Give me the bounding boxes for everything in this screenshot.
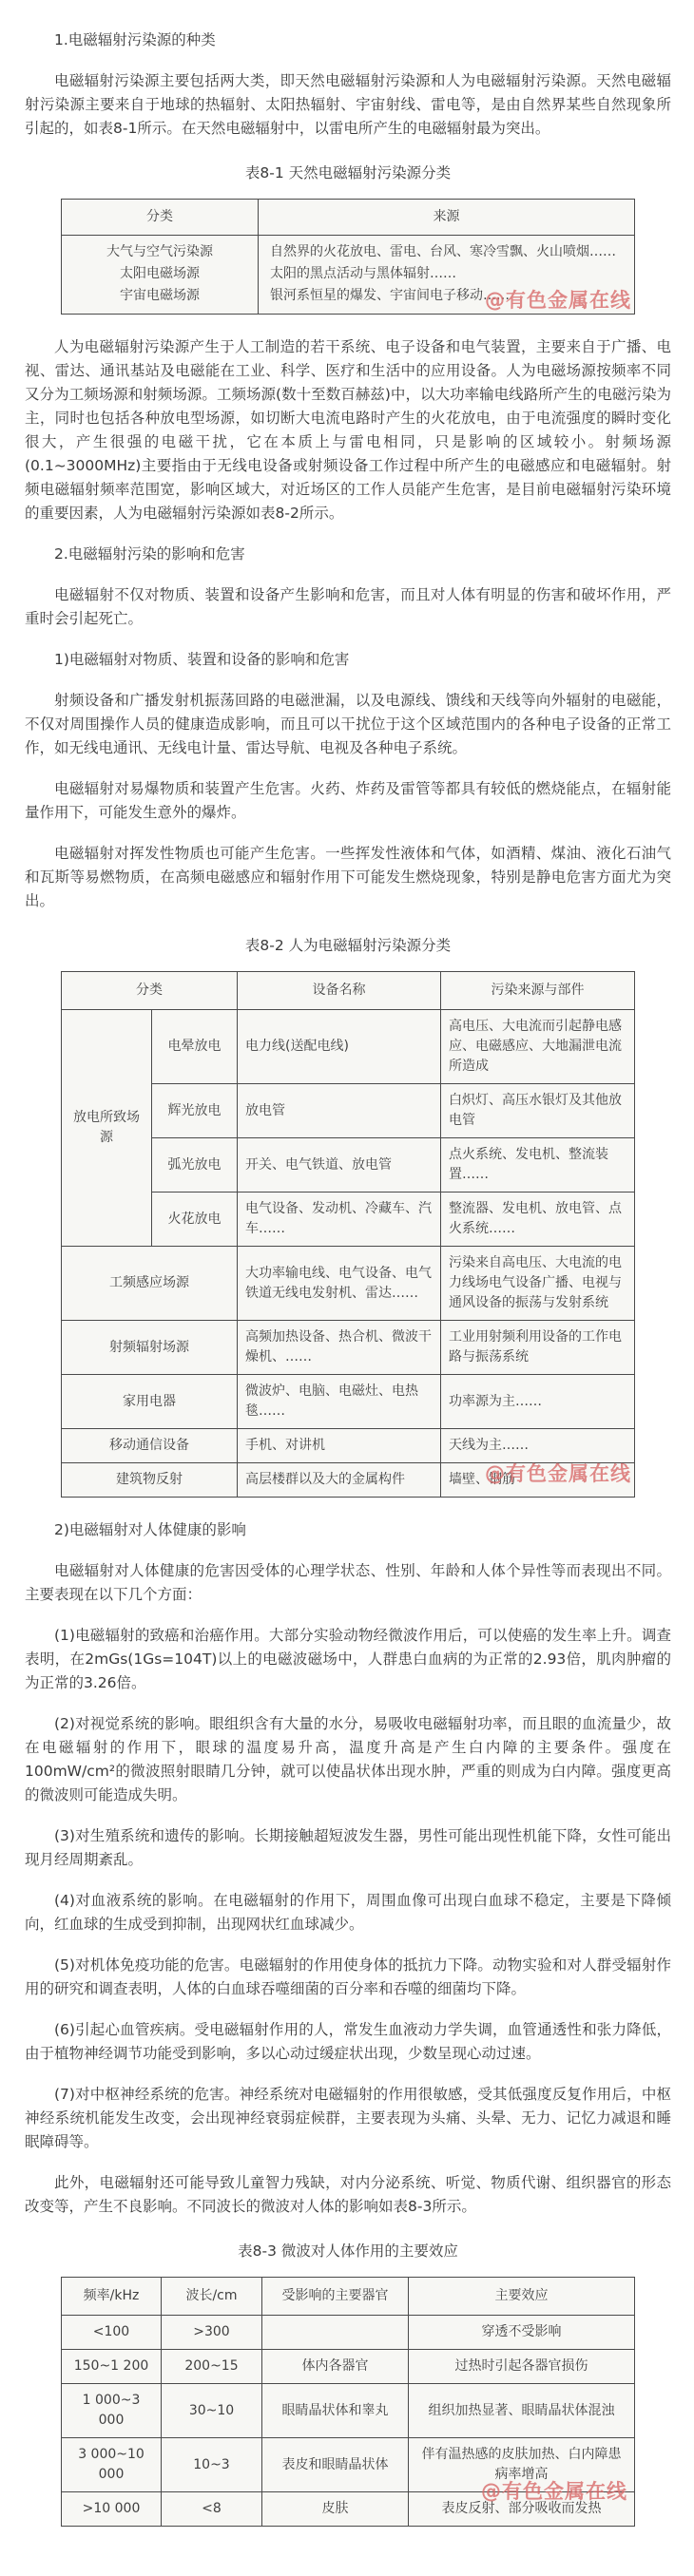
table-cell: 火花放电 [152, 1193, 238, 1247]
table-cell: 高电压、大电流而引起静电感应、电磁感应、大地漏泄电流所造成 [441, 1010, 635, 1084]
table-row: 150~1 200 200~15 体内各器官 过热时引起各器官损伤 [62, 2350, 635, 2384]
table-header-row: 分类 来源 [62, 200, 635, 236]
table-8-3: 频率/kHz 波长/cm 受影响的主要器官 主要效应 <100 >300 穿透不… [61, 2277, 635, 2527]
table-cell: 建筑物反射 [62, 1463, 238, 1498]
table-header-cell: 波长/cm [162, 2278, 262, 2316]
table-cell: 体内各器官 [262, 2350, 409, 2384]
table-row: 太阳电磁场源 太阳的黑点活动与黑体辐射…… [62, 263, 635, 285]
table-8-3-caption: 表8-3 微波对人体作用的主要效应 [25, 2240, 671, 2263]
table-cell: 10~3 [162, 2438, 262, 2492]
table-cell: 3 000~10 000 [62, 2438, 162, 2492]
table-row: 放电所致场源 电晕放电 电力线(送配电线) 高电压、大电流而引起静电感应、电磁感… [62, 1010, 635, 1084]
table-header-cell: 污染来源与部件 [441, 972, 635, 1010]
table-row: 射频辐射场源 高频加热设备、热合机、微波干燥机、…… 工业用射频利用设备的工作电… [62, 1321, 635, 1375]
table-cell-group: 放电所致场源 [62, 1010, 152, 1247]
table-cell: >300 [162, 2316, 262, 2350]
table-cell: 工业用射频利用设备的工作电路与振荡系统 [441, 1321, 635, 1375]
table-8-2-caption: 表8-2 人为电磁辐射污染源分类 [25, 934, 671, 958]
table-cell: 电力线(送配电线) [238, 1010, 441, 1084]
table-8-2: 分类 设备名称 污染来源与部件 放电所致场源 电晕放电 电力线(送配电线) 高电… [61, 971, 635, 1498]
table-cell: 200~15 [162, 2350, 262, 2384]
table-header-cell: 来源 [259, 200, 635, 236]
table-cell: 太阳的黑点活动与黑体辐射…… [259, 263, 635, 285]
table-header-cell: 分类 [62, 972, 238, 1010]
table-cell: 家用电器 [62, 1375, 238, 1429]
table-header-cell: 设备名称 [238, 972, 441, 1010]
paragraph-manmade-sources: 人为电磁辐射污染源产生于人工制造的若干系统、电子设备和电气装置，主要来自于广播、… [25, 335, 671, 525]
table-cell: 太阳电磁场源 [62, 263, 259, 285]
table-cell: 眼睛晶状体和睾丸 [262, 2384, 409, 2438]
table-8-2-wrapper: 分类 设备名称 污染来源与部件 放电所致场源 电晕放电 电力线(送配电线) 高电… [61, 971, 635, 1498]
table-header-row: 频率/kHz 波长/cm 受影响的主要器官 主要效应 [62, 2278, 635, 2316]
table-cell: 辉光放电 [152, 1084, 238, 1138]
table-cell: 1 000~3 000 [62, 2384, 162, 2438]
table-cell: 伴有温热感的皮肤加热、白内障患病率增高 [409, 2438, 635, 2492]
table-cell: 自然界的火花放电、雷电、台风、寒冷雪飘、火山喷烟…… [259, 236, 635, 264]
table-row: >10 000 <8 皮肤 表皮反射、部分吸收而发热 [62, 2492, 635, 2527]
table-cell: <8 [162, 2492, 262, 2527]
paragraph-natural-sources: 电磁辐射污染源主要包括两大类，即天然电磁辐射污染源和人为电磁辐射污染源。天然电磁… [25, 69, 671, 141]
table-cell: 大功率输电线、电气设备、电气铁道无线电发射机、雷达…… [238, 1247, 441, 1321]
table-row: 1 000~3 000 30~10 眼睛晶状体和睾丸 组织加热显著、眼睛晶状体混… [62, 2384, 635, 2438]
table-cell: 移动通信设备 [62, 1429, 238, 1463]
table-row: 大气与空气污染源 自然界的火花放电、雷电、台风、寒冷雪飘、火山喷烟…… [62, 236, 635, 264]
document-page: 1.电磁辐射污染源的种类 电磁辐射污染源主要包括两大类，即天然电磁辐射污染源和人… [0, 0, 694, 2576]
table-cell: 放电管 [238, 1084, 441, 1138]
table-cell: 150~1 200 [62, 2350, 162, 2384]
paragraph-effect-6-cardiovascular: (6)引起心血管疾病。受电磁辐射作用的人，常发生血液动力学失调，血管通透性和张力… [25, 2018, 671, 2066]
paragraph-harm-intro: 电磁辐射不仅对物质、装置和设备产生影响和危害，而且对人体有明显的伤害和破坏作用，… [25, 583, 671, 631]
subsection-2-heading: 2)电磁辐射对人体健康的影响 [25, 1518, 671, 1542]
table-cell: 工频感应场源 [62, 1247, 238, 1321]
table-cell: 过热时引起各器官损伤 [409, 2350, 635, 2384]
table-row: 家用电器 微波炉、电脑、电磁灶、电热毯…… 功率源为主…… [62, 1375, 635, 1429]
table-cell: 微波炉、电脑、电磁灶、电热毯…… [238, 1375, 441, 1429]
table-cell: 30~10 [162, 2384, 262, 2438]
table-row: <100 >300 穿透不受影响 [62, 2316, 635, 2350]
table-cell: 组织加热显著、眼睛晶状体混浊 [409, 2384, 635, 2438]
table-cell: 白炽灯、高压水银灯及其他放电管 [441, 1084, 635, 1138]
paragraph-effect-7-nervous-system: (7)对中枢神经系统的危害。神经系统对电磁辐射的作用很敏感，受其低强度反复作用后… [25, 2083, 671, 2154]
section-2-heading: 2.电磁辐射污染的影响和危害 [25, 543, 671, 566]
table-cell: 电气设备、发动机、冷藏车、汽车…… [238, 1193, 441, 1247]
table-cell: 点火系统、发电机、整流装置…… [441, 1138, 635, 1193]
paragraph-effect-3-reproduction: (3)对生殖系统和遗传的影响。长期接触超短波发生器，男性可能出现性机能下降，女性… [25, 1824, 671, 1872]
table-cell: 整流器、发电机、放电管、点火系统…… [441, 1193, 635, 1247]
paragraph-volatile-substances: 电磁辐射对挥发性物质也可能产生危害。一些挥发性液体和气体，如酒精、煤油、液化石油… [25, 842, 671, 913]
table-row: 建筑物反射 高层楼群以及大的金属构件 墙壁、钢筋 [62, 1463, 635, 1498]
table-row: 宇宙电磁场源 银河系恒星的爆发、宇宙间电子移动…… [62, 285, 635, 315]
table-row: 移动通信设备 手机、对讲机 天线为主…… [62, 1429, 635, 1463]
table-cell: 开关、电气铁道、放电管 [238, 1138, 441, 1193]
paragraph-health-intro: 电磁辐射对人体健康的危害因受体的心理学状态、性别、年龄和人体个异性等而表现出不同… [25, 1559, 671, 1607]
table-header-row: 分类 设备名称 污染来源与部件 [62, 972, 635, 1010]
table-cell: 表皮反射、部分吸收而发热 [409, 2492, 635, 2527]
table-cell: 穿透不受影响 [409, 2316, 635, 2350]
table-cell: 污染来自高电压、大电流的电力线场电气设备广播、电视与通风设备的振荡与发射系统 [441, 1247, 635, 1321]
table-cell: 墙壁、钢筋 [441, 1463, 635, 1498]
paragraph-equipment-interference: 射频设备和广播发射机振荡回路的电磁泄漏，以及电源线、馈线和天线等向外辐射的电磁能… [25, 689, 671, 760]
table-cell: 表皮和眼睛晶状体 [262, 2438, 409, 2492]
table-8-3-wrapper: 频率/kHz 波长/cm 受影响的主要器官 主要效应 <100 >300 穿透不… [61, 2277, 635, 2527]
table-header-cell: 分类 [62, 200, 259, 236]
paragraph-other-effects: 此外，电磁辐射还可能导致儿童智力残缺，对内分泌系统、听觉、物质代谢、组织器官的形… [25, 2171, 671, 2219]
table-cell: 手机、对讲机 [238, 1429, 441, 1463]
table-cell: 银河系恒星的爆发、宇宙间电子移动…… [259, 285, 635, 315]
table-header-cell: 主要效应 [409, 2278, 635, 2316]
table-row: 3 000~10 000 10~3 表皮和眼睛晶状体 伴有温热感的皮肤加热、白内… [62, 2438, 635, 2492]
table-cell: 弧光放电 [152, 1138, 238, 1193]
table-header-cell: 受影响的主要器官 [262, 2278, 409, 2316]
table-cell: 电晕放电 [152, 1010, 238, 1084]
table-cell: 高层楼群以及大的金属构件 [238, 1463, 441, 1498]
table-cell: 射频辐射场源 [62, 1321, 238, 1375]
table-row: 工频感应场源 大功率输电线、电气设备、电气铁道无线电发射机、雷达…… 污染来自高… [62, 1247, 635, 1321]
table-8-1-wrapper: 分类 来源 大气与空气污染源 自然界的火花放电、雷电、台风、寒冷雪飘、火山喷烟…… [61, 199, 635, 315]
table-8-1-caption: 表8-1 天然电磁辐射污染源分类 [25, 162, 671, 185]
table-cell: >10 000 [62, 2492, 162, 2527]
subsection-1-heading: 1)电磁辐射对物质、装置和设备的影响和危害 [25, 648, 671, 672]
table-8-1: 分类 来源 大气与空气污染源 自然界的火花放电、雷电、台风、寒冷雪飘、火山喷烟…… [61, 199, 635, 315]
table-cell: 高频加热设备、热合机、微波干燥机、…… [238, 1321, 441, 1375]
table-cell: 皮肤 [262, 2492, 409, 2527]
table-cell: <100 [62, 2316, 162, 2350]
table-header-cell: 频率/kHz [62, 2278, 162, 2316]
paragraph-explosives: 电磁辐射对易爆物质和装置产生危害。火药、炸药及雷管等都具有较低的燃烧能点，在辐射… [25, 777, 671, 825]
table-cell [262, 2316, 409, 2350]
table-cell: 功率源为主…… [441, 1375, 635, 1429]
paragraph-effect-4-blood: (4)对血液系统的影响。在电磁辐射的作用下，周围血像可出现白血球不稳定，主要是下… [25, 1889, 671, 1937]
table-cell: 宇宙电磁场源 [62, 285, 259, 315]
table-cell: 大气与空气污染源 [62, 236, 259, 264]
paragraph-effect-2-vision: (2)对视觉系统的影响。眼组织含有大量的水分，易吸收电磁辐射功率，而且眼的血流量… [25, 1712, 671, 1807]
table-cell: 天线为主…… [441, 1429, 635, 1463]
paragraph-effect-1-cancer: (1)电磁辐射的致癌和治癌作用。大部分实验动物经微波作用后，可以使癌的发生率上升… [25, 1624, 671, 1695]
paragraph-effect-5-immunity: (5)对机体免疫功能的危害。电磁辐射的作用使身体的抵抗力下降。动物实验和对人群受… [25, 1954, 671, 2001]
section-1-heading: 1.电磁辐射污染源的种类 [25, 29, 671, 52]
